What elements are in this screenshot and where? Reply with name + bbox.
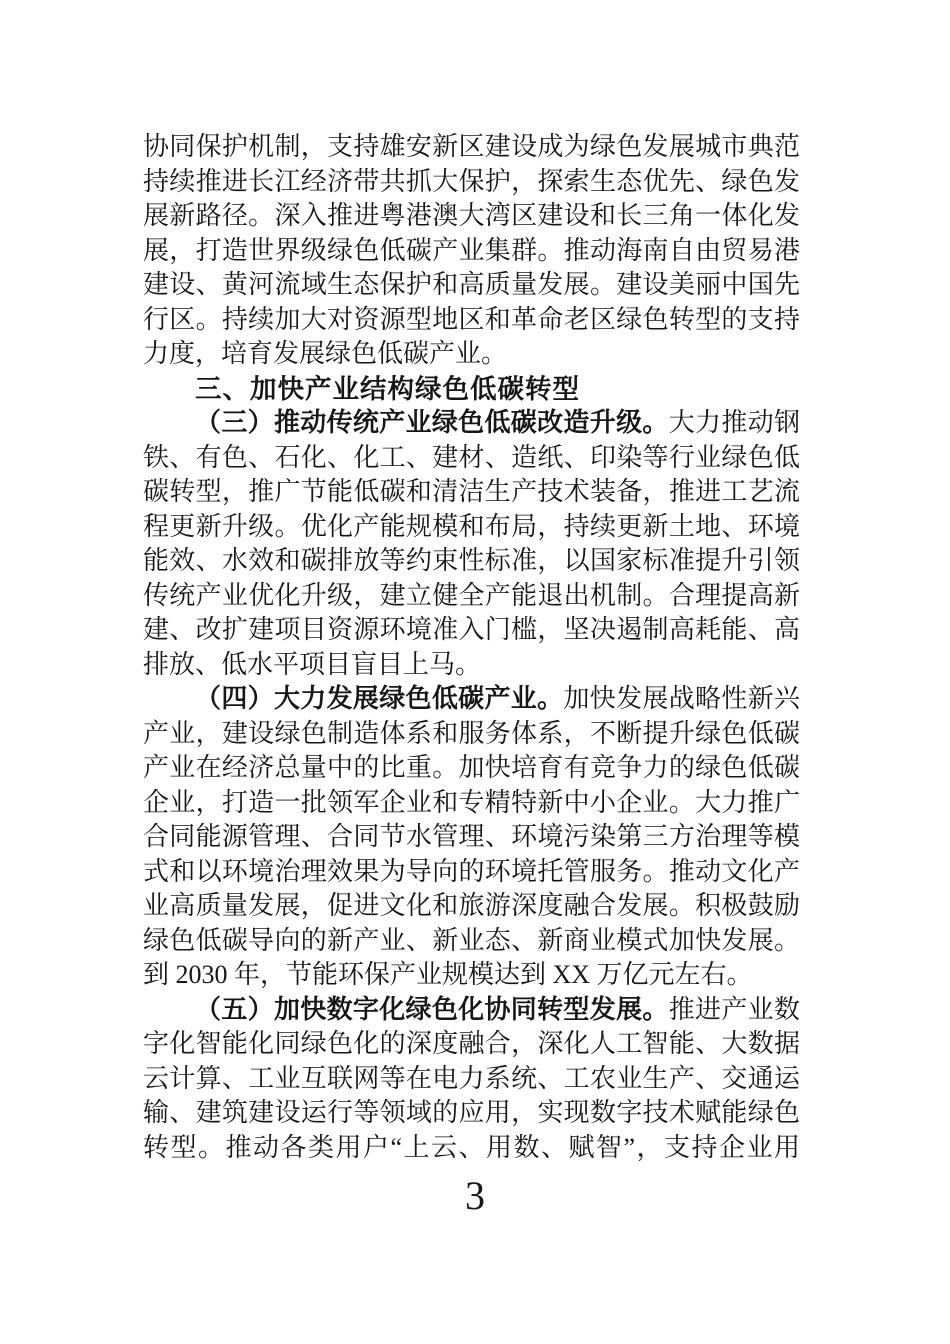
text-line: 字化智能化同绿色化的深度融合，深化人工智能、大数据 [143, 1027, 800, 1062]
text-line: 合同能源管理、合同节水管理、环境污染第三方治理等模 [143, 820, 800, 855]
paragraph-lead-bold: （四）大力发展绿色低碳产业。 [195, 684, 563, 713]
text-line: 式和以环境治理效果为导向的环境托管服务。推动文化产 [143, 855, 800, 890]
document-page: 协同保护机制，支持雄安新区建设成为绿色发展城市典范 持续推进长江经济带共抓大保护… [0, 0, 950, 1344]
page-number: 3 [0, 1176, 950, 1216]
paragraph-lead-line: （五）加快数字化绿色化协同转型发展。推进产业数 [143, 993, 800, 1028]
paragraph-lead-line: （三）推动传统产业绿色低碳改造升级。大力推动钢 [143, 406, 800, 441]
text-line: 到 2030 年，节能环保产业规模达到 XX 万亿元左右。 [143, 958, 800, 993]
text-line: 展，打造世界级绿色低碳产业集群。推动海南自由贸易港 [143, 234, 800, 269]
text-line: 建、改扩建项目资源环境准入门槛，坚决遏制高耗能、高 [143, 613, 800, 648]
text-line: 绿色低碳导向的新产业、新业态、新商业模式加快发展。 [143, 924, 800, 959]
paragraph-lead-line: （四）大力发展绿色低碳产业。加快发展战略性新兴 [143, 682, 800, 717]
text-line: 行区。持续加大对资源型地区和革命老区绿色转型的支持 [143, 303, 800, 338]
text-line: 程更新升级。优化产能规模和布局，持续更新土地、环境 [143, 510, 800, 545]
section-heading: 三、加快产业结构绿色低碳转型 [143, 372, 800, 407]
text-line: 传统产业优化升级，建立健全产能退出机制。合理提高新 [143, 579, 800, 614]
text-line: 协同保护机制，支持雄安新区建设成为绿色发展城市典范 [143, 130, 800, 165]
paragraph-lead-rest: 推进产业数 [669, 995, 800, 1024]
text-line: 建设、黄河流域生态保护和高质量发展。建设美丽中国先 [143, 268, 800, 303]
text-line: 持续推进长江经济带共抓大保护，探索生态优先、绿色发 [143, 165, 800, 200]
text-line: 云计算、工业互联网等在电力系统、工农业生产、交通运 [143, 1062, 800, 1097]
text-line: 能效、水效和碳排放等约束性标准，以国家标准提升引领 [143, 544, 800, 579]
text-line: 碳转型，推广节能低碳和清洁生产技术装备，推进工艺流 [143, 475, 800, 510]
text-line: 转型。推动各类用户“上云、用数、赋智”，支持企业用 [143, 1131, 800, 1166]
paragraph-lead-bold: （三）推动传统产业绿色低碳改造升级。 [195, 408, 669, 437]
text-line: 产业，建设绿色制造体系和服务体系，不断提升绿色低碳 [143, 717, 800, 752]
paragraph-lead-bold: （五）加快数字化绿色化协同转型发展。 [195, 995, 669, 1024]
text-line: 展新路径。深入推进粤港澳大湾区建设和长三角一体化发 [143, 199, 800, 234]
text-column: 协同保护机制，支持雄安新区建设成为绿色发展城市典范 持续推进长江经济带共抓大保护… [143, 130, 800, 1165]
paragraph-lead-rest: 加快发展战略性新兴 [563, 684, 800, 713]
text-line: 产业在经济总量中的比重。加快培育有竞争力的绿色低碳 [143, 751, 800, 786]
text-line: 铁、有色、石化、化工、建材、造纸、印染等行业绿色低 [143, 441, 800, 476]
text-line: 排放、低水平项目盲目上马。 [143, 648, 800, 683]
text-line: 业高质量发展，促进文化和旅游深度融合发展。积极鼓励 [143, 889, 800, 924]
text-line: 输、建筑建设运行等领域的应用，实现数字技术赋能绿色 [143, 1096, 800, 1131]
text-line: 企业，打造一批领军企业和专精特新中小企业。大力推广 [143, 786, 800, 821]
paragraph-lead-rest: 大力推动钢 [669, 408, 800, 437]
text-line: 力度，培育发展绿色低碳产业。 [143, 337, 800, 372]
